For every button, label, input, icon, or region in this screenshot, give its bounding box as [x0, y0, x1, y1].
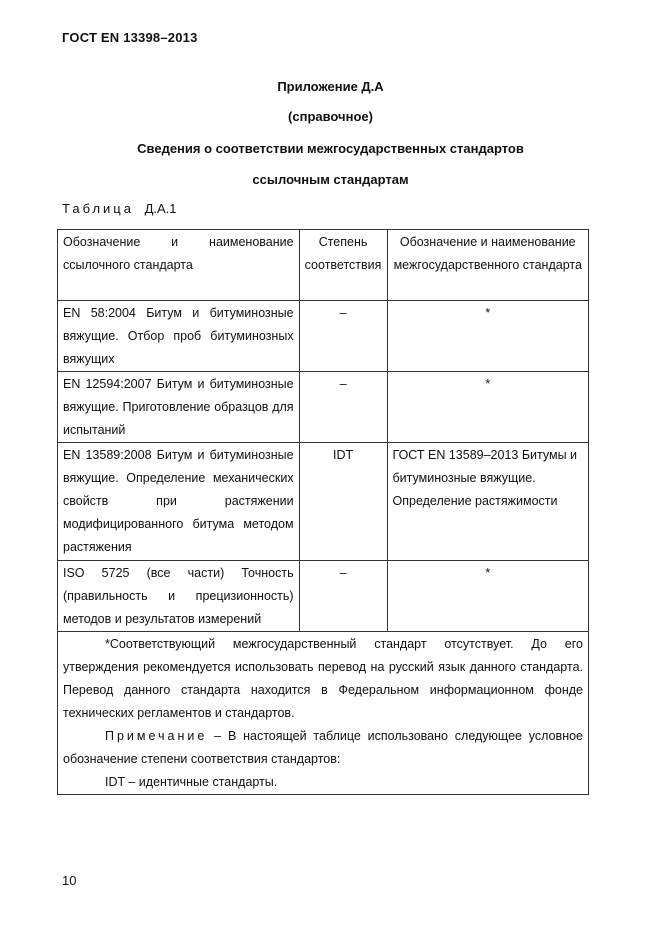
degree-cell: –: [299, 561, 387, 632]
interstate-standard-cell: *: [387, 561, 589, 632]
table-header-row: Обозначение и наименование ссылочного ст…: [58, 230, 589, 301]
table-caption: Таблица Д.А.1: [62, 201, 177, 216]
reference-standard-cell: EN 58:2004 Битум и битуминозные вяжущие.…: [58, 301, 300, 372]
table-note-cell: *Соответствующий межгосударственный стан…: [58, 632, 589, 795]
table-row: ISO 5725 (все части) Точность (правильно…: [58, 561, 589, 632]
appendix-heading-line2: ссылочным стандартам: [0, 172, 661, 187]
interstate-standard-cell: *: [387, 301, 589, 372]
reference-standard-cell: EN 13589:2008 Битум и битуминозные вяжущ…: [58, 443, 300, 561]
appendix-subtitle: (справочное): [0, 109, 661, 124]
reference-standard-cell: EN 12594:2007 Битум и битуминозные вяжущ…: [58, 372, 300, 443]
column-header-reference: Обозначение и наименование ссылочного ст…: [58, 230, 300, 301]
appendix-title: Приложение Д.А: [0, 79, 661, 94]
degree-cell: IDT: [299, 443, 387, 561]
appendix-heading-line1: Сведения о соответствии межгосударственн…: [0, 141, 661, 156]
standards-table: Обозначение и наименование ссылочного ст…: [57, 229, 589, 795]
note-paragraph: Примечание – В настоящей таблице использ…: [63, 725, 583, 771]
table-caption-label: Таблица: [62, 201, 134, 216]
table-row: EN 13589:2008 Битум и битуминозные вяжущ…: [58, 443, 589, 561]
degree-cell: –: [299, 301, 387, 372]
column-header-degree: Степень соответствия: [299, 230, 387, 301]
page-number: 10: [62, 873, 76, 888]
degree-cell: –: [299, 372, 387, 443]
legend-text: IDT – идентичные стандарты.: [63, 771, 583, 794]
document-id: ГОСТ EN 13398–2013: [62, 30, 198, 45]
footnote-text: *Соответствующий межгосударственный стан…: [63, 633, 583, 725]
table-row: EN 12594:2007 Битум и битуминозные вяжущ…: [58, 372, 589, 443]
table-row: EN 58:2004 Битум и битуминозные вяжущие.…: [58, 301, 589, 372]
table-note-row: *Соответствующий межгосударственный стан…: [58, 632, 589, 795]
interstate-standard-cell: *: [387, 372, 589, 443]
note-label: Примечание: [105, 729, 207, 743]
reference-standard-cell: ISO 5725 (все части) Точность (правильно…: [58, 561, 300, 632]
column-header-interstate: Обозначение и наименование межгосударств…: [387, 230, 589, 301]
table-caption-number: Д.А.1: [145, 201, 177, 216]
interstate-standard-cell: ГОСТ EN 13589–2013 Битумы и битуминозные…: [387, 443, 589, 561]
